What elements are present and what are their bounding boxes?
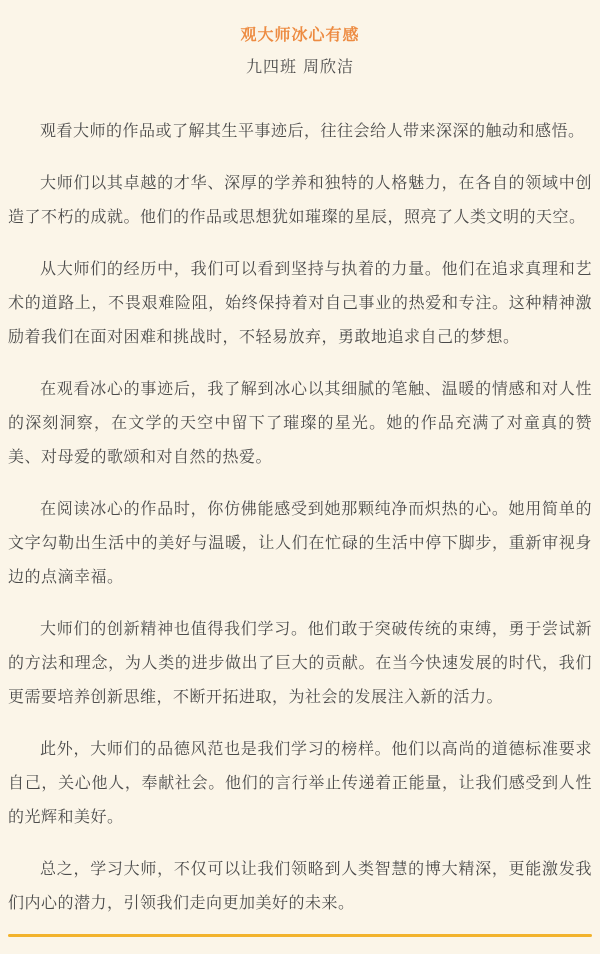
- article-page: 观大师冰心有感 九四班 周欣洁 观看大师的作品或了解其生平事迹后，往往会给人带来…: [0, 0, 600, 954]
- article-author: 九四班 周欣洁: [8, 56, 592, 78]
- article-paragraph: 此外，大师们的品德风范也是我们学习的榜样。他们以高尚的道德标准要求自己，关心他人…: [8, 732, 592, 834]
- article-body: 观看大师的作品或了解其生平事迹后，往往会给人带来深深的触动和感悟。大师们以其卓越…: [8, 114, 592, 920]
- article-title: 观大师冰心有感: [8, 24, 592, 46]
- article-paragraph: 从大师们的经历中，我们可以看到坚持与执着的力量。他们在追求真理和艺术的道路上，不…: [8, 252, 592, 354]
- article-paragraph: 大师们的创新精神也值得我们学习。他们敢于突破传统的束缚，勇于尝试新的方法和理念，…: [8, 612, 592, 714]
- article-paragraph: 总之，学习大师，不仅可以让我们领略到人类智慧的博大精深，更能激发我们内心的潜力，…: [8, 852, 592, 920]
- article-paragraph: 大师们以其卓越的才华、深厚的学养和独特的人格魅力，在各自的领域中创造了不朽的成就…: [8, 166, 592, 234]
- article-paragraph: 在阅读冰心的作品时，你仿佛能感受到她那颗纯净而炽热的心。她用简单的文字勾勒出生活…: [8, 492, 592, 594]
- article-paragraph: 观看大师的作品或了解其生平事迹后，往往会给人带来深深的触动和感悟。: [8, 114, 592, 148]
- bottom-divider: [8, 934, 592, 937]
- article-paragraph: 在观看冰心的事迹后，我了解到冰心以其细腻的笔触、温暖的情感和对人性的深刻洞察，在…: [8, 372, 592, 474]
